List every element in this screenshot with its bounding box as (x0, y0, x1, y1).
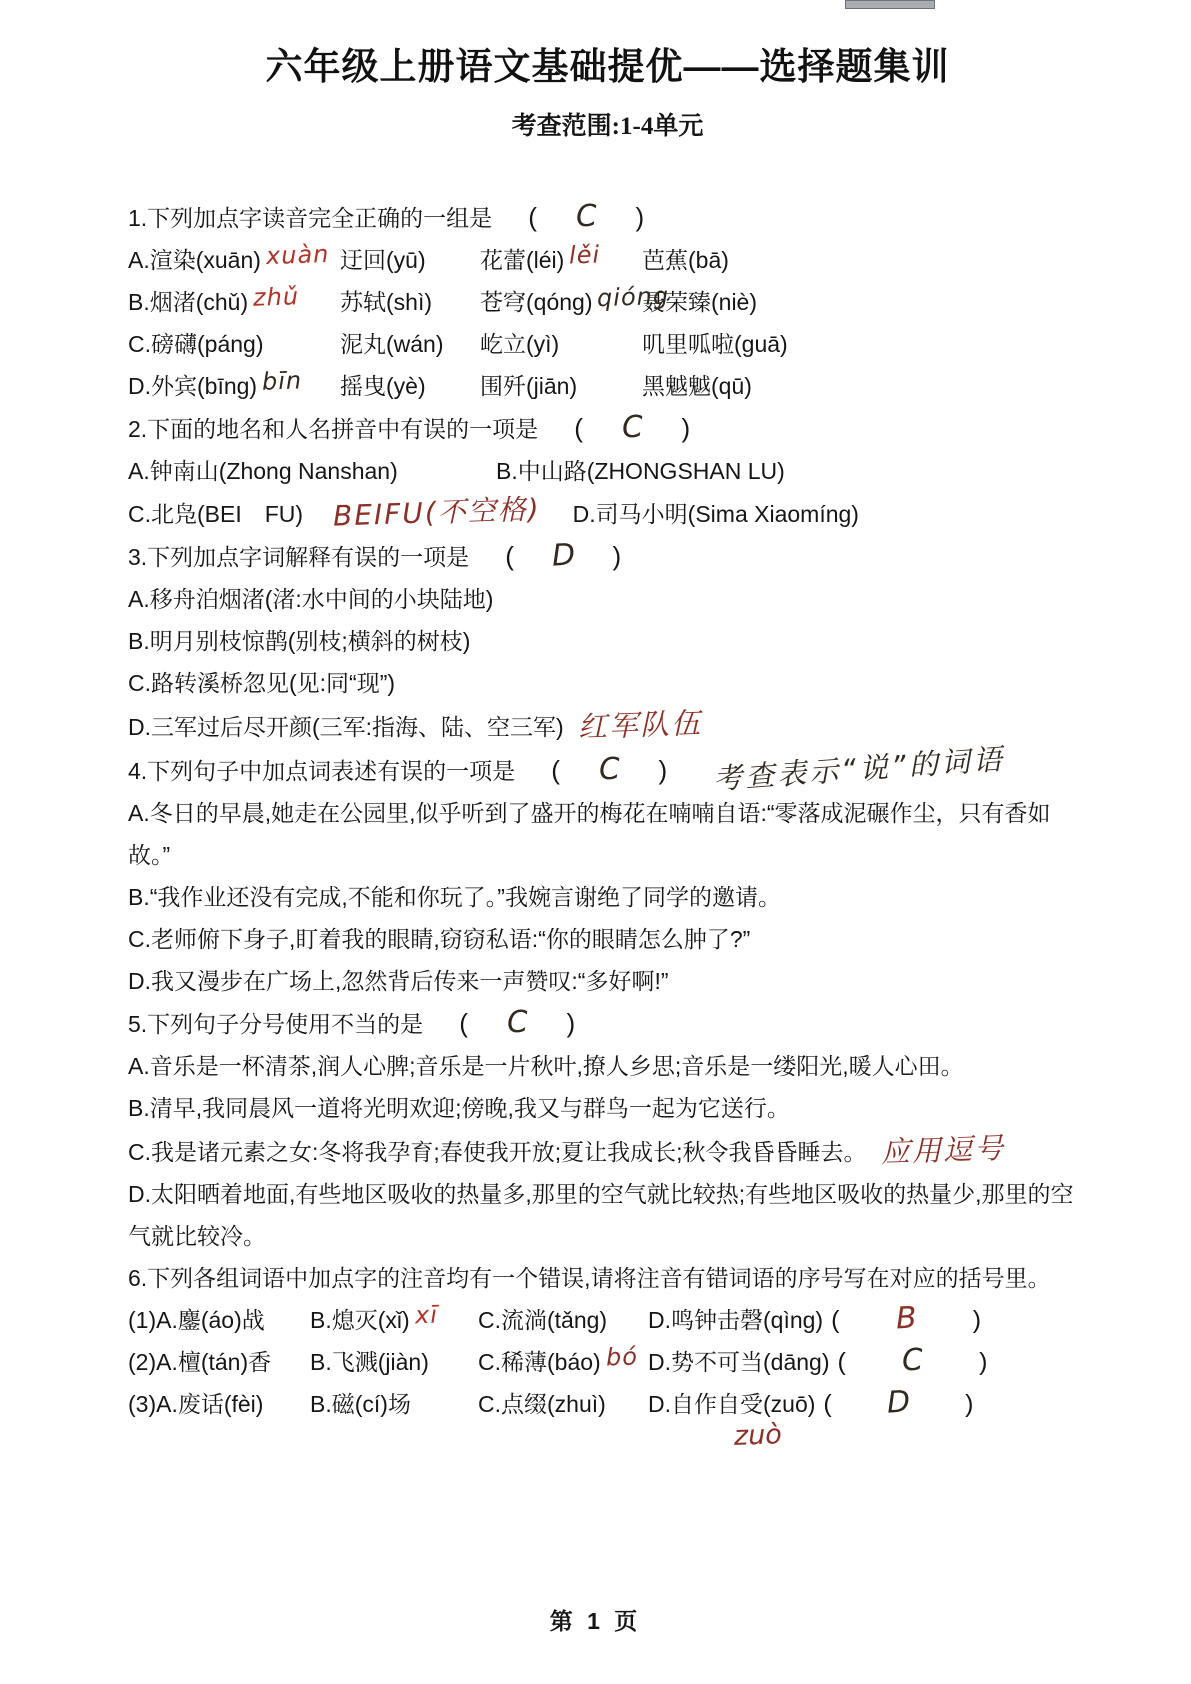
q3-option-b: B.明月别枝惊鹊(别枝;横斜的树枝) (128, 620, 1087, 662)
page-title: 六年级上册语文基础提优——选择题集训 (128, 36, 1087, 90)
q6-row3-a: (3)A.废话(fèi) (128, 1383, 310, 1425)
q1-b-col3-text: 苍穹(qóng) (480, 289, 592, 315)
q1-d-col3: 围歼(jiān) (480, 365, 642, 407)
q5-option-b: B.清早,我同晨风一道将光明欢迎;傍晚,我又与群鸟一起为它送行。 (128, 1087, 1087, 1129)
q6-row3-c-text: C.点缀(zhuì) (478, 1391, 606, 1417)
paren-open: ( (459, 1002, 468, 1044)
q1-option-row-d: D.外宾(bīng)bīn 摇曳(yè) 围歼(jiān) 黑魆魆(qū) (128, 365, 1087, 407)
paren-open: ( (823, 1383, 831, 1425)
q1-c-col4: 叽里呱啦(guā) (642, 323, 1087, 365)
q1-d-col2-text: 摇曳(yè) (340, 373, 426, 399)
q1-b-col1-correction: zhǔ (252, 275, 299, 319)
q3-answer-box: ( D ) (505, 535, 621, 577)
q6-row2-c: C.稀薄(báo)bó (478, 1341, 648, 1383)
q6-row1-c: C.流淌(tǎng) (478, 1299, 648, 1341)
q2-answer-handwritten: C (621, 412, 643, 443)
paren-close: ) (567, 1002, 576, 1044)
q1-d-col2: 摇曳(yè) (340, 365, 480, 407)
paren-close: ) (659, 749, 668, 791)
q6-row1-c-text: C.流淌(tǎng) (478, 1307, 607, 1333)
q4-option-b: B.“我作业还没有完成,不能和你玩了。”我婉言谢绝了同学的邀请。 (128, 876, 1087, 918)
document-body: 六年级上册语文基础提优——选择题集训 考查范围:1-4单元 1.下列加点字读音完… (0, 0, 1191, 1684)
q6-row-3: (3)A.废话(fèi) B.磁(cí)场 C.点缀(zhuì) D.自作自受(… (128, 1383, 1087, 1425)
q1-c-col2-text: 泥丸(wán) (340, 331, 444, 357)
q1-a-col3-text: 花蕾(léi) (480, 247, 564, 273)
q2-option-c-text: C.北凫(BEI FU) (128, 493, 303, 535)
q1-d-col4: 黑魆魆(qū) (642, 365, 1087, 407)
paren-close: ) (973, 1299, 981, 1341)
q3-option-d-text: D.三军过后尽开颜(三军:指海、陆、空三军) (128, 706, 564, 748)
q1-b-col3-correction: qióng (597, 275, 670, 319)
q4-margin-annotation: 考查表示“说”的词语 (712, 738, 1006, 800)
q3-option-d-annotation: 红军队伍 (577, 702, 702, 748)
q6-row-1: (1)A.鏖(áo)战 B.熄灭(xǐ)xī C.流淌(tǎng) D.鸣钟击磬… (128, 1299, 1087, 1341)
q4-option-d: D.我又漫步在广场上,忽然背后传来一声赞叹:“多好啊!” (128, 960, 1087, 1002)
q1-d-col4-text: 黑魆魆(qū) (642, 373, 752, 399)
q2-option-a: A.钟南山(Zhong Nanshan) (128, 450, 496, 492)
q5-answer-handwritten: C (506, 1007, 528, 1038)
paren-open: ( (528, 196, 537, 238)
q1-stem: 1.下列加点字读音完全正确的一组是 ( C ) (128, 196, 1087, 239)
q1-c-col1-text: C.磅礴(páng) (128, 331, 263, 357)
q3-option-b-text: B.明月别枝惊鹊(别枝;横斜的树枝) (128, 628, 470, 654)
q6-row2-a: (2)A.檀(tán)香 (128, 1341, 310, 1383)
page-number: 第 1 页 (0, 1603, 1191, 1636)
q1-answer-handwritten: C (575, 201, 597, 232)
q2-option-a-text: A.钟南山(Zhong Nanshan) (128, 458, 398, 484)
q1-b-col2: 苏轼(shì) (340, 281, 480, 323)
q6-row2-a-text: (2)A.檀(tán)香 (128, 1349, 271, 1375)
q3-option-c: C.路转溪桥忽见(见:同“现”) (128, 662, 1087, 704)
q5-option-d: D.太阳晒着地面,有些地区吸收的热量多,那里的空气就比较热;有些地区吸收的热量少… (128, 1173, 1087, 1257)
q3-stem-text: 3.下列加点字词解释有误的一项是 (128, 536, 469, 578)
page-subtitle: 考查范围:1-4单元 (128, 106, 1087, 142)
q5-option-a: A.音乐是一杯清茶,润人心脾;音乐是一片秋叶,撩人乡思;音乐是一缕阳光,暖人心田… (128, 1045, 1087, 1087)
q4-stem-text: 4.下列句子中加点词表述有误的一项是 (128, 750, 515, 792)
q5-option-a-text: A.音乐是一杯清茶,润人心脾;音乐是一片秋叶,撩人乡思;音乐是一缕阳光,暖人心田… (128, 1053, 964, 1079)
q6-row3-a-text: (3)A.废话(fèi) (128, 1391, 263, 1417)
q5-option-b-text: B.清早,我同晨风一道将光明欢迎;傍晚,我又与群鸟一起为它送行。 (128, 1095, 790, 1121)
q6-row-2: (2)A.檀(tán)香 B.飞溅(jiàn) C.稀薄(báo)bó D.势不… (128, 1341, 1087, 1383)
q4-option-c: C.老师俯下身子,盯着我的眼睛,窃窃私语:“你的眼睛怎么肿了?” (128, 918, 1087, 960)
q1-a-col4-text: 芭蕉(bā) (642, 247, 729, 273)
q1-b-col2-text: 苏轼(shì) (340, 289, 432, 315)
paren-open: ( (831, 1299, 839, 1341)
q6-row3-c: C.点缀(zhuì) (478, 1383, 648, 1425)
paren-close: ) (682, 407, 691, 449)
q6-row3-d-text: D.自作自受(zuō) (648, 1391, 815, 1417)
q6-row1-b-correction: xī (414, 1294, 438, 1337)
q6-row3-d: D.自作自受(zuō)(D) (648, 1383, 1087, 1425)
q6-row3-answer-box: (D) (823, 1383, 973, 1425)
q6-row1-d: D.鸣钟击磬(qìng)(B) (648, 1299, 1087, 1341)
paren-close: ) (636, 196, 645, 238)
q6-row2-b: B.飞溅(jiàn) (310, 1341, 478, 1383)
q6-row2-d: D.势不可当(dāng)(C) (648, 1341, 1087, 1383)
q6-row1-a: (1)A.鏖(áo)战 (128, 1299, 310, 1341)
q1-a-col2: 迂回(yū) (340, 239, 480, 281)
q6-row2-answer-box: (C) (837, 1341, 987, 1383)
q1-b-col1: B.烟渚(chǔ)zhǔ (128, 281, 340, 323)
q3-stem: 3.下列加点字词解释有误的一项是 ( D ) (128, 535, 1087, 578)
q1-c-col3: 屹立(yì) (480, 323, 642, 365)
q5-option-c: C.我是诸元素之女:冬将我孕育;春使我开放;夏让我成长;秋令我昏昏睡去。 应用逗… (128, 1129, 1087, 1173)
q6-row1-d-text: D.鸣钟击磬(qìng) (648, 1307, 823, 1333)
q5-option-c-text: C.我是诸元素之女:冬将我孕育;春使我开放;夏让我成长;秋令我昏昏睡去。 (128, 1131, 867, 1173)
q5-stem-text: 5.下列句子分号使用不当的是 (128, 1003, 423, 1045)
q2-answer-box: ( C ) (574, 407, 690, 449)
q6-row1-a-text: (1)A.鏖(áo)战 (128, 1307, 265, 1333)
q2-option-d-text: D.司马小明(Sima Xiaomíng) (573, 493, 859, 535)
q3-option-a: A.移舟泊烟渚(渚:水中间的小块陆地) (128, 578, 1087, 620)
q1-a-col4: 芭蕉(bā) (642, 239, 1087, 281)
q4-answer-handwritten: C (598, 754, 620, 785)
q5-stem: 5.下列句子分号使用不当的是 ( C ) (128, 1002, 1087, 1045)
q1-a-col3-correction: lěi (569, 233, 602, 276)
q6-row2-d-text: D.势不可当(dāng) (648, 1349, 829, 1375)
q6-row3-d-correction: zuò (733, 1414, 782, 1458)
paren-open: ( (837, 1341, 845, 1383)
q1-option-row-a: A.渲染(xuān)xuàn 迂回(yū) 花蕾(léi)lěi 芭蕉(bā) (128, 239, 1087, 281)
q1-c-col4-text: 叽里呱啦(guā) (642, 331, 788, 357)
q2-option-row-2: C.北凫(BEI FU) BEIFU(不空格) D.司马小明(Sima Xiao… (128, 492, 1087, 535)
q4-option-c-text: C.老师俯下身子,盯着我的眼睛,窃窃私语:“你的眼睛怎么肿了?” (128, 926, 750, 952)
paren-close: ) (613, 535, 622, 577)
q1-d-col1-correction: bīn (261, 359, 303, 402)
paren-open: ( (574, 407, 583, 449)
q2-option-c-correction: BEIFU(不空格) (332, 488, 541, 537)
q1-b-col1-text: B.烟渚(chǔ) (128, 289, 248, 315)
q3-option-c-text: C.路转溪桥忽见(见:同“现”) (128, 670, 395, 696)
q1-option-row-b: B.烟渚(chǔ)zhǔ 苏轼(shì) 苍穹(qóng)qióng 聂荣臻(n… (128, 281, 1087, 323)
q1-d-col1-text: D.外宾(bīng) (128, 373, 257, 399)
q6-row1-answer-handwritten: B (895, 1303, 917, 1334)
q6-row3-answer-handwritten: D (886, 1387, 911, 1418)
q4-option-a-text: A.冬日的早晨,她走在公园里,似乎听到了盛开的梅花在喃喃自语:“零落成泥碾作尘，… (128, 800, 1051, 868)
q6-row2-b-text: B.飞溅(jiàn) (310, 1349, 429, 1375)
paren-open: ( (505, 535, 514, 577)
q5-answer-box: ( C ) (459, 1002, 575, 1044)
q6-row1-b-text: B.熄灭(xǐ) (310, 1307, 410, 1333)
q4-option-a: A.冬日的早晨,她走在公园里,似乎听到了盛开的梅花在喃喃自语:“零落成泥碾作尘，… (128, 792, 1087, 876)
q2-option-b: B.中山路(ZHONGSHAN LU) (496, 450, 1087, 492)
q6-stem-text: 6.下列各组词语中加点字的注音均有一个错误,请将注音有错词语的序号写在对应的括号… (128, 1265, 1051, 1291)
q2-option-b-text: B.中山路(ZHONGSHAN LU) (496, 458, 785, 484)
q1-c-col1: C.磅礴(páng) (128, 323, 340, 365)
q1-a-col3: 花蕾(léi)lěi (480, 239, 642, 281)
q4-option-d-text: D.我又漫步在广场上,忽然背后传来一声赞叹:“多好啊!” (128, 968, 669, 994)
q1-d-col3-text: 围歼(jiān) (480, 373, 577, 399)
q6-row3-b-text: B.磁(cí)场 (310, 1391, 411, 1417)
q4-answer-box: ( C ) (551, 749, 667, 791)
q1-option-row-c: C.磅礴(páng) 泥丸(wán) 屹立(yì) 叽里呱啦(guā) (128, 323, 1087, 365)
q3-answer-handwritten: D (551, 540, 576, 571)
q2-option-row-1: A.钟南山(Zhong Nanshan) B.中山路(ZHONGSHAN LU) (128, 450, 1087, 492)
q1-c-col2: 泥丸(wán) (340, 323, 480, 365)
q2-stem-text: 2.下面的地名和人名拼音中有误的一项是 (128, 408, 538, 450)
q1-b-col4: 聂荣臻(niè) (642, 281, 1087, 323)
q6-row2-c-text: C.稀薄(báo) (478, 1349, 601, 1375)
q6-row1-b: B.熄灭(xǐ)xī (310, 1299, 478, 1341)
q1-a-col1-correction: xuàn (265, 233, 330, 277)
paren-close: ) (979, 1341, 987, 1383)
q1-answer-box: ( C ) (528, 196, 644, 238)
q1-a-col1: A.渲染(xuān)xuàn (128, 239, 340, 281)
q1-d-col1: D.外宾(bīng)bīn (128, 365, 340, 407)
q4-option-b-text: B.“我作业还没有完成,不能和你玩了。”我婉言谢绝了同学的邀请。 (128, 884, 781, 910)
q1-b-col3: 苍穹(qóng)qióng (480, 281, 642, 323)
q4-stem: 4.下列句子中加点词表述有误的一项是 ( C ) 考查表示“说”的词语 (128, 748, 1087, 792)
q1-a-col2-text: 迂回(yū) (340, 247, 426, 273)
q3-option-a-text: A.移舟泊烟渚(渚:水中间的小块陆地) (128, 586, 493, 612)
q6-stem: 6.下列各组词语中加点字的注音均有一个错误,请将注音有错词语的序号写在对应的括号… (128, 1257, 1087, 1299)
q6-row1-answer-box: (B) (831, 1299, 981, 1341)
paren-open: ( (551, 749, 560, 791)
q2-stem: 2.下面的地名和人名拼音中有误的一项是 ( C ) (128, 407, 1087, 450)
q6-row3-b: B.磁(cí)场 (310, 1383, 478, 1425)
q1-a-col1-text: A.渲染(xuān) (128, 247, 261, 273)
q1-c-col3-text: 屹立(yì) (480, 331, 559, 357)
q6-row2-c-correction: bó (605, 1335, 638, 1378)
q5-option-d-text: D.太阳晒着地面,有些地区吸收的热量多,那里的空气就比较热;有些地区吸收的热量少… (128, 1181, 1074, 1249)
q5-option-c-annotation: 应用逗号 (880, 1127, 1005, 1173)
paren-close: ) (965, 1383, 973, 1425)
q6-row2-answer-handwritten: C (901, 1345, 923, 1376)
